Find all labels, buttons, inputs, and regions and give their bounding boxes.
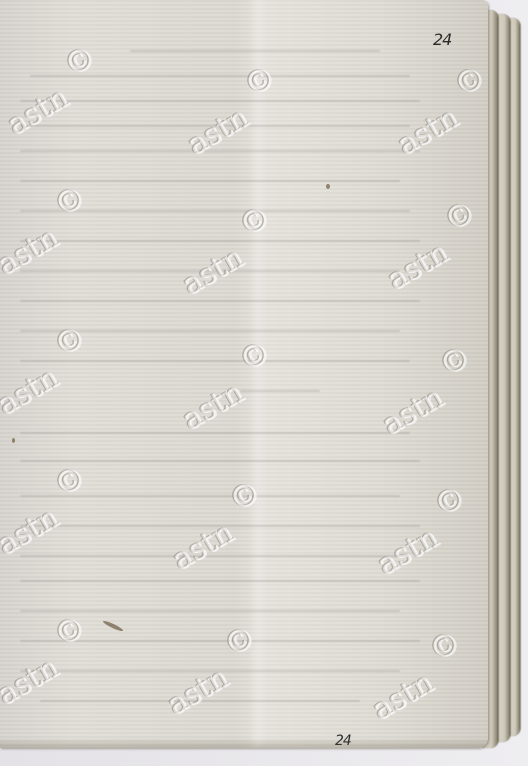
manuscript-page: 24 24 <box>0 0 488 748</box>
page-edge <box>496 14 510 742</box>
ink-spot <box>326 184 330 189</box>
ink-spot <box>12 438 15 443</box>
folio-number-top: 24 <box>433 30 451 49</box>
faded-handwriting <box>0 0 488 748</box>
folio-number-bottom: 24 <box>335 733 351 749</box>
